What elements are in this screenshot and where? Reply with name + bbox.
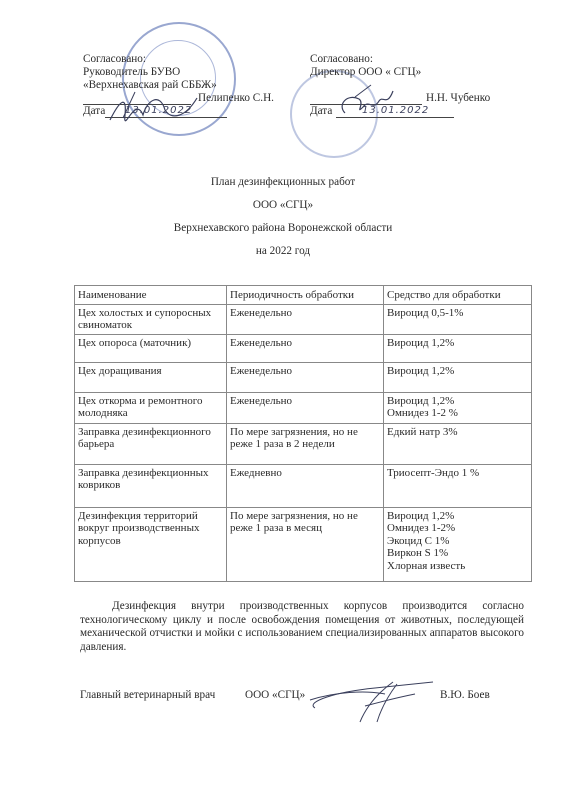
cell-frequency: Еженедельно bbox=[227, 304, 384, 334]
table-row: Цех доращиванияЕженедельноВироцид 1,2% bbox=[75, 362, 532, 392]
document-title: План дезинфекционных работ bbox=[0, 176, 566, 189]
document-organization: ООО «СГЦ» bbox=[0, 199, 566, 212]
cell-name: Цех доращивания bbox=[75, 362, 227, 392]
agent-item: Экоцид С 1% bbox=[387, 535, 528, 548]
cell-frequency: Еженедельно bbox=[227, 392, 384, 423]
table-row: Цех опороса (маточник)ЕженедельноВироцид… bbox=[75, 334, 532, 362]
note-paragraph: Дезинфекция внутри производственных корп… bbox=[80, 600, 524, 654]
agent-item: Вироцид 0,5-1% bbox=[387, 307, 528, 320]
agent-item: Омнидез 1-2% bbox=[387, 522, 528, 535]
agent-item: Виркон S 1% bbox=[387, 547, 528, 560]
date-label: Дата bbox=[310, 105, 332, 117]
cell-frequency: По мере загрязнения, но не реже 1 раза в… bbox=[227, 507, 384, 581]
agent-item: Вироцид 1,2% bbox=[387, 510, 528, 523]
document-year: на 2022 год bbox=[0, 245, 566, 258]
approval-heading: Согласовано: bbox=[310, 53, 421, 66]
table-header-row: Наименование Периодичность обработки Сре… bbox=[75, 286, 532, 305]
table-row: Цех холостых и супоросных свиноматокЕжен… bbox=[75, 304, 532, 334]
cell-name: Заправка дезинфекционного барьера bbox=[75, 423, 227, 464]
footer-organization: ООО «СГЦ» bbox=[245, 689, 305, 702]
cell-agent: Вироцид 1,2%Омнидез 1-2%Экоцид С 1%Вирко… bbox=[384, 507, 532, 581]
approval-signatory: Пелипенко С.Н. bbox=[198, 92, 274, 105]
cell-agent: Вироцид 1,2% bbox=[384, 334, 532, 362]
agent-item: Вироцид 1,2% bbox=[387, 337, 528, 350]
approval-position: Руководитель БУВО bbox=[83, 66, 217, 79]
disinfection-plan-table: Наименование Периодичность обработки Сре… bbox=[74, 285, 532, 582]
agent-item: Едкий натр 3% bbox=[387, 426, 528, 439]
cell-name: Цех опороса (маточник) bbox=[75, 334, 227, 362]
signature-right bbox=[335, 85, 405, 125]
date-label: Дата bbox=[83, 105, 105, 117]
cell-name: Дезинфекция территорий вокруг производст… bbox=[75, 507, 227, 581]
agent-item: Триосепт-Эндо 1 % bbox=[387, 467, 528, 480]
agent-item: Хлорная известь bbox=[387, 560, 528, 573]
signature-footer bbox=[305, 680, 435, 725]
cell-frequency: Еженедельно bbox=[227, 362, 384, 392]
approval-position: Директор ООО « СГЦ» bbox=[310, 66, 421, 79]
table-row: Цех откорма и ремонтного молоднякаЕженед… bbox=[75, 392, 532, 423]
table-row: Дезинфекция территорий вокруг производст… bbox=[75, 507, 532, 581]
cell-name: Цех откорма и ремонтного молодняка bbox=[75, 392, 227, 423]
cell-name: Заправка дезинфекционных ковриков bbox=[75, 464, 227, 507]
approval-signatory: Н.Н. Чубенко bbox=[426, 92, 490, 105]
cell-agent: Вироцид 1,2% bbox=[384, 362, 532, 392]
approval-heading: Согласовано: bbox=[83, 53, 217, 66]
document-region: Верхнехавского района Воронежской област… bbox=[0, 222, 566, 235]
agent-item: Вироцид 1,2% bbox=[387, 365, 528, 378]
cell-agent: Триосепт-Эндо 1 % bbox=[384, 464, 532, 507]
footer-position: Главный ветеринарный врач bbox=[80, 689, 215, 702]
signature-left bbox=[105, 90, 205, 130]
agent-item: Вироцид 1,2% bbox=[387, 395, 528, 408]
table-row: Заправка дезинфекционного барьераПо мере… bbox=[75, 423, 532, 464]
cell-frequency: Ежедневно bbox=[227, 464, 384, 507]
footer-signatory: В.Ю. Боев bbox=[440, 689, 490, 702]
cell-frequency: Еженедельно bbox=[227, 334, 384, 362]
agent-item: Омнидез 1-2 % bbox=[387, 407, 528, 420]
cell-name: Цех холостых и супоросных свиноматок bbox=[75, 304, 227, 334]
cell-agent: Едкий натр 3% bbox=[384, 423, 532, 464]
header-frequency: Периодичность обработки bbox=[227, 286, 384, 305]
cell-frequency: По мере загрязнения, но не реже 1 раза в… bbox=[227, 423, 384, 464]
table-row: Заправка дезинфекционных ковриковЕжеднев… bbox=[75, 464, 532, 507]
cell-agent: Вироцид 0,5-1% bbox=[384, 304, 532, 334]
cell-agent: Вироцид 1,2%Омнидез 1-2 % bbox=[384, 392, 532, 423]
header-agent: Средство для обработки bbox=[384, 286, 532, 305]
header-name: Наименование bbox=[75, 286, 227, 305]
